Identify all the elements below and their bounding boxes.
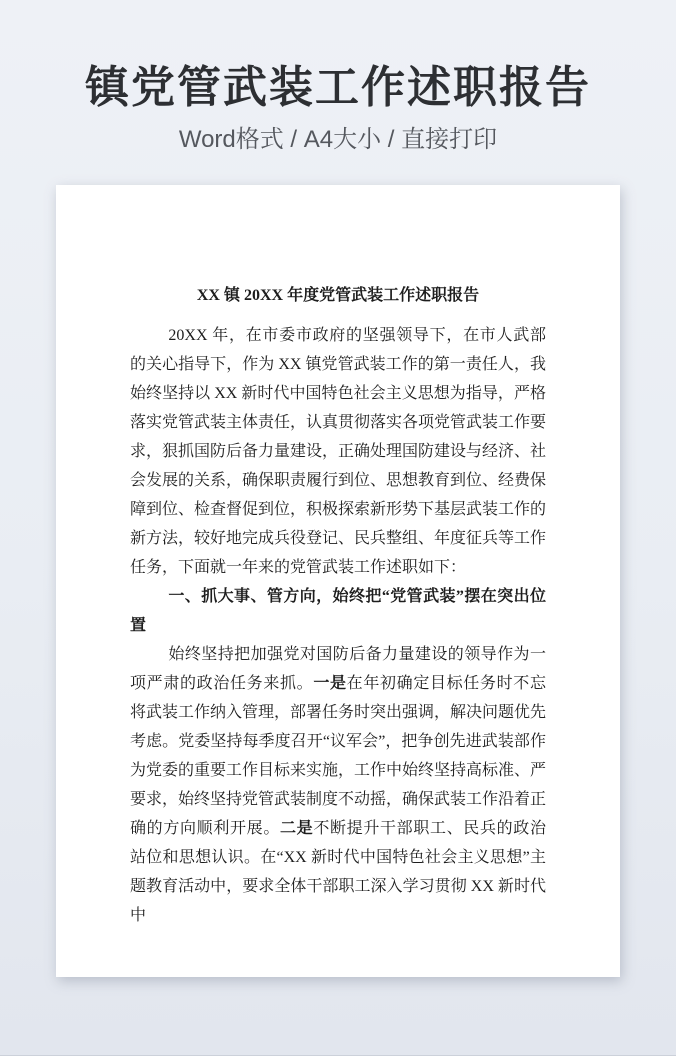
document-title: XX 镇 20XX 年度党管武装工作述职报告 bbox=[130, 281, 546, 310]
document-paragraph: 始终坚持把加强党对国防后备力量建设的领导作为一项严肃的政治任务来抓。一是在年初确… bbox=[130, 640, 546, 930]
page-title: 镇党管武装工作述职报告 bbox=[0, 60, 676, 116]
page-background: { "page": { "bg_top": "#eef1f6", "bg_bot… bbox=[0, 0, 676, 1056]
document-preview[interactable]: XX 镇 20XX 年度党管武装工作述职报告 20XX 年，在市委市政府的坚强领… bbox=[56, 185, 620, 977]
document-section-heading: 一、抓大事、管方向，始终把“党管武装”摆在突出位置 bbox=[130, 582, 546, 640]
document-body: 20XX 年，在市委市政府的坚强领导下，在市人武部的关心指导下，作为 XX 镇党… bbox=[130, 321, 546, 930]
page-subtitle: Word格式 / A4大小 / 直接打印 bbox=[0, 124, 676, 156]
page-header: 镇党管武装工作述职报告 Word格式 / A4大小 / 直接打印 bbox=[0, 0, 676, 156]
document-paragraph: 20XX 年，在市委市政府的坚强领导下，在市人武部的关心指导下，作为 XX 镇党… bbox=[130, 321, 546, 582]
